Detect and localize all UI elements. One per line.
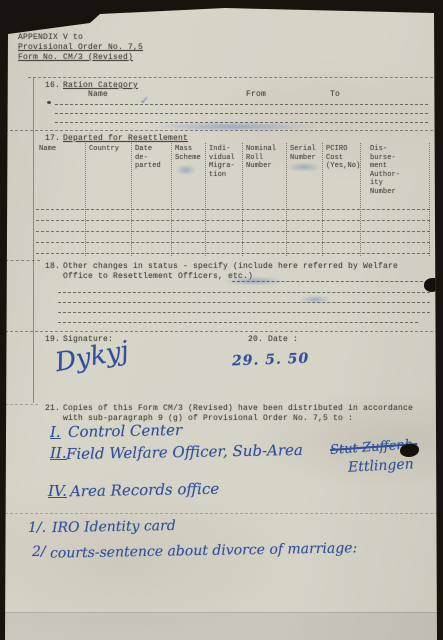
notes-top-rule [0, 513, 443, 514]
distribution-item-numeral: II. [50, 444, 67, 462]
section16-top-rule [28, 77, 433, 78]
table-row [36, 253, 430, 254]
scanned-form-page: APPENDIX V to Provisional Order No. 7,5 … [0, 0, 443, 640]
form-number-line: Form No. CM/3 (Revised) [18, 53, 133, 64]
section16-number: 16. [45, 81, 60, 92]
resettlement-table: Name Country Date de-parted Mass Scheme … [36, 143, 430, 256]
form-order-line: Provisional Order No. 7,5 [18, 43, 143, 54]
section19-number: 19. [45, 335, 60, 346]
section18-writing-line [58, 292, 430, 293]
distribution-item-text: Control Center [68, 421, 182, 441]
section16-col-from: From [246, 90, 266, 101]
section16-writing-line [55, 104, 428, 105]
section21-top-rule [0, 404, 38, 405]
distribution-item-text: Field Welfare Officer, Sub-Area [66, 441, 303, 463]
section20-title: Date : [268, 335, 298, 346]
form-appendix-line: APPENDIX V to [18, 33, 83, 44]
distribution-item-numeral: I. [50, 423, 61, 441]
column-header-date-departed: Date de-parted [135, 145, 169, 171]
section18-writing-line [58, 312, 430, 313]
column-header-disbursement-authority: Dis-burse-ment Author-ity Number [370, 145, 404, 196]
column-header-mass-scheme: Mass Scheme [175, 145, 203, 162]
note-numeral: 2/ [32, 544, 46, 560]
column-header-pciro-cost: PCIRO Cost (Yes,No) [326, 145, 358, 171]
column-header-name: Name [39, 145, 83, 154]
section16-writing-line [55, 113, 428, 114]
blue-ink-smudge [286, 163, 322, 171]
black-ink-blot [400, 444, 419, 457]
section18-top-rule [0, 260, 40, 261]
handwritten-date: 29. 5. 50 [232, 351, 310, 370]
section18-writing-line [58, 322, 418, 323]
blue-check-mark: ✓ [140, 94, 149, 107]
blue-ink-smudge [176, 165, 196, 175]
column-header-serial-number: Serial Number [290, 145, 320, 162]
blue-ink-smudge [150, 122, 320, 131]
left-margin-rule [33, 78, 34, 403]
table-row [36, 209, 430, 210]
black-ink-blot [424, 278, 441, 292]
note-numeral: 1/. [28, 520, 46, 536]
column-header-individual-migration: Indi-vidual Migra-tion [209, 145, 240, 179]
paper-sheet: APPENDIX V to Provisional Order No. 7,5 … [0, 0, 443, 640]
blue-ink-smudge [224, 277, 284, 285]
section16-col-name: Name [88, 90, 108, 101]
distribution-item-text: Area Records office [70, 480, 219, 501]
paper-bottom-fold [0, 612, 443, 640]
note-text: IRO Identity card [52, 518, 176, 536]
column-header-nominal-roll-number: Nominal Roll Number [246, 145, 284, 171]
section16-col-to: To [330, 90, 340, 101]
table-row [36, 242, 430, 243]
note-text: courts-sentence about divorce of marriag… [50, 540, 357, 561]
table-row [36, 231, 430, 232]
column-header-country: Country [89, 145, 129, 154]
ink-speck [47, 101, 51, 104]
table-row [36, 220, 430, 221]
section19-top-rule [0, 331, 443, 332]
section18-text-line1: Other changes in status - specify (inclu… [63, 262, 398, 273]
distribution-item-numeral: IV. [48, 482, 67, 500]
blue-ink-smudge [300, 296, 330, 303]
section21-text-line1: Copies of this Form CM/3 (Revised) have … [63, 404, 413, 415]
section21-number: 21. [45, 404, 60, 415]
replacement-location: Ettlingen [348, 456, 414, 475]
section18-number: 18. [45, 262, 60, 273]
section20-number: 20. [248, 335, 263, 346]
section18-writing-line [58, 302, 430, 303]
